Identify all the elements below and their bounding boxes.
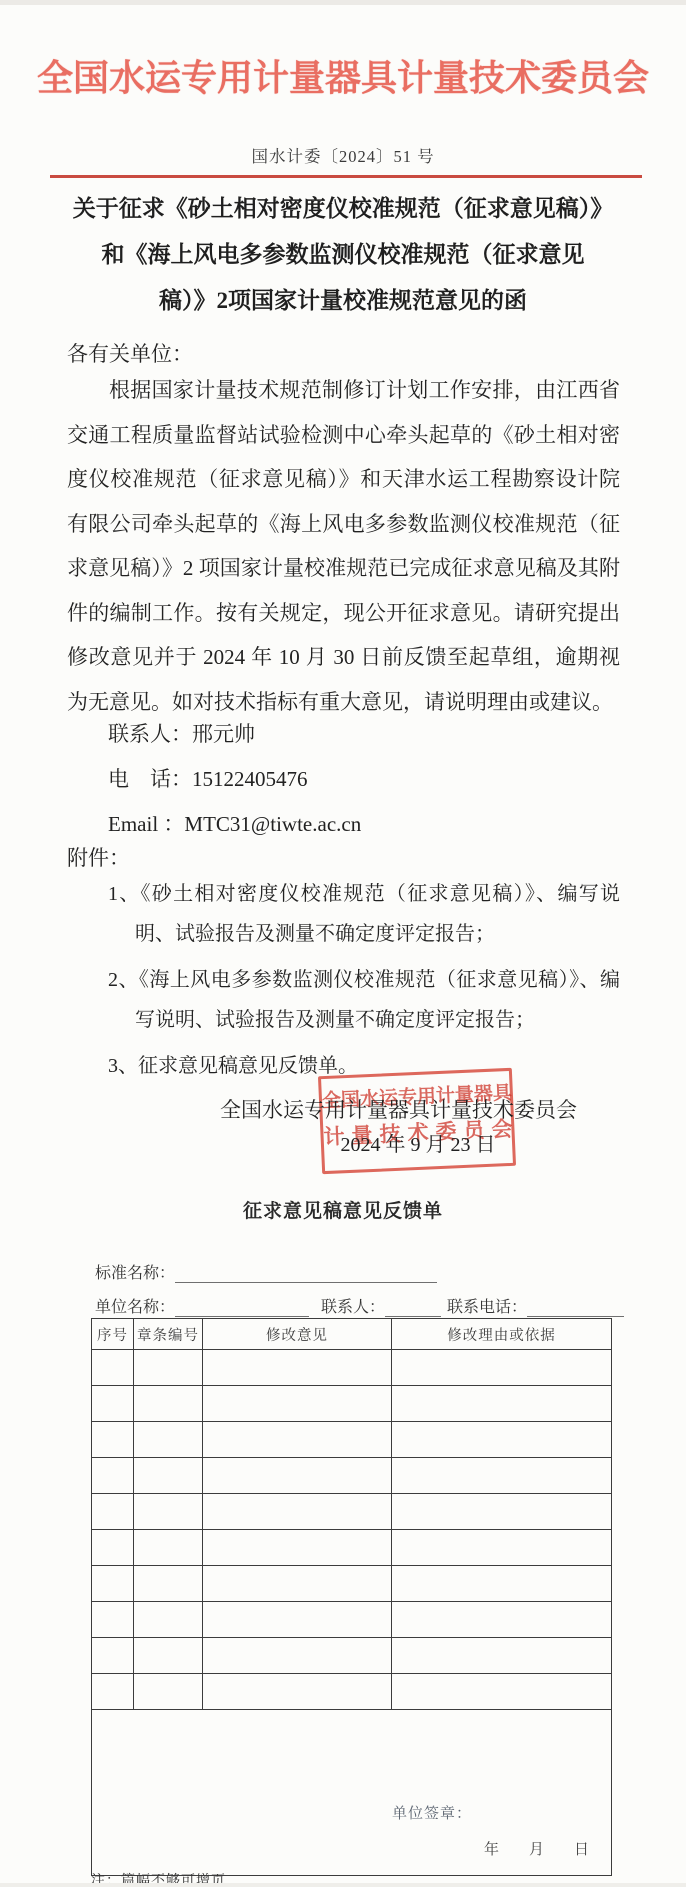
contact-person-row: 联系人：邢元帅 [108,712,361,757]
letter-title-line2: 和《海上风电多参数监测仪校准规范（征求意见 [40,232,646,278]
empty-cell [203,1638,392,1674]
document-number: 国水计委〔2024〕51 号 [0,143,686,167]
empty-cell [92,1638,134,1674]
empty-cell [134,1458,203,1494]
contact-person-label: 联系人： [108,722,192,746]
empty-cell [134,1386,203,1422]
letter-title-line1: 关于征求《砂土相对密度仪校准规范（征求意见稿）》 [40,186,646,232]
empty-cell [392,1422,612,1458]
empty-cell [392,1386,612,1422]
empty-cell [134,1494,203,1530]
contact-email-row: Email ：MTC31@tiwte.ac.cn [108,802,361,847]
empty-cell [92,1422,134,1458]
empty-cell [392,1350,612,1386]
empty-cell [392,1638,612,1674]
empty-cell [134,1602,203,1638]
empty-cell [203,1458,392,1494]
form-phone-blank [527,1300,624,1317]
form-phone-label: 联系电话： [447,1299,527,1316]
standard-name-label: 标准名称： [95,1265,175,1282]
empty-cell [203,1422,392,1458]
unit-name-blank [175,1300,309,1317]
attachment-item-1: 1、《砂土相对密度仪校准规范（征求意见稿）》、编写说明、试验报告及测量不确定度评… [108,874,620,954]
feedback-table: 序号 章条编号 修改意见 修改理由或依据 单位签章： 年 月 日 [91,1318,612,1876]
empty-cell [203,1494,392,1530]
date-blank-ymd: 年 月 日 [484,1838,589,1859]
empty-cell [92,1386,134,1422]
empty-cell [203,1386,392,1422]
contact-phone-value: 15122405476 [192,767,308,791]
unit-seal-label: 单位签章： [392,1802,472,1823]
empty-cell [134,1422,203,1458]
feedback-table-header-row: 序号 章条编号 修改意见 修改理由或依据 [92,1319,612,1350]
empty-cell [392,1566,612,1602]
col-header-reason: 修改理由或依据 [392,1319,612,1350]
scanned-official-letter: 全国水运专用计量器具计量技术委员会 国水计委〔2024〕51 号 关于征求《砂土… [0,0,686,1887]
form-contact-label: 联系人： [321,1299,385,1316]
empty-cell [134,1530,203,1566]
col-header-seq: 序号 [92,1319,134,1350]
form-contact-blank [385,1300,441,1317]
feedback-table-empty-row [92,1674,612,1710]
attachments-label: 附件： [67,842,130,872]
standard-name-blank [175,1266,437,1283]
feedback-table-empty-row [92,1602,612,1638]
contact-person-value: 邢元帅 [192,722,255,746]
contact-email-value: MTC31@tiwte.ac.cn [184,812,361,836]
feedback-table-empty-row [92,1638,612,1674]
signature-org-name: 全国水运专用计量器具计量技术委员会 [220,1094,577,1124]
empty-cell [92,1494,134,1530]
empty-cell [392,1458,612,1494]
empty-cell [92,1602,134,1638]
empty-cell [92,1350,134,1386]
empty-cell [134,1674,203,1710]
signature-date: 2024 年 9 月 23 日 [338,1128,498,1157]
form-note: 注：篇幅不够可增页 [91,1870,226,1887]
feedback-table-empty-row [92,1386,612,1422]
feedback-table-empty-row [92,1458,612,1494]
empty-cell [392,1602,612,1638]
attachments-list: 1、《砂土相对密度仪校准规范（征求意见稿）》、编写说明、试验报告及测量不确定度评… [108,874,620,1092]
empty-cell [92,1566,134,1602]
unit-name-label: 单位名称： [95,1299,175,1316]
empty-cell [203,1602,392,1638]
feedback-form-title: 征求意见稿意见反馈单 [0,1196,686,1223]
feedback-table-empty-row [92,1422,612,1458]
contact-block: 联系人：邢元帅 电 话：15122405476 Email ：MTC31@tiw… [108,712,361,847]
unit-contact-field-row: 单位名称： 联系人： 联系电话： [95,1294,624,1317]
empty-cell [203,1566,392,1602]
feedback-table-empty-row [92,1494,612,1530]
masthead: 全国水运专用计量器具计量技术委员会 [0,50,686,101]
empty-cell [134,1566,203,1602]
feedback-table-empty-row [92,1566,612,1602]
empty-cell [92,1674,134,1710]
empty-cell [134,1638,203,1674]
contact-phone-row: 电 话：15122405476 [108,757,361,802]
empty-cell [392,1530,612,1566]
attachment-item-2: 2、《海上风电多参数监测仪校准规范（征求意见稿）》、编写说明、试验报告及测量不确… [108,960,620,1040]
empty-cell [203,1674,392,1710]
letter-title-line3: 稿）》2项国家计量校准规范意见的函 [40,278,646,324]
empty-cell [134,1350,203,1386]
feedback-table-empty-row [92,1350,612,1386]
feedback-table-footer-row: 单位签章： 年 月 日 [92,1710,612,1876]
col-header-suggestion: 修改意见 [203,1319,392,1350]
empty-cell [203,1530,392,1566]
empty-cell [392,1674,612,1710]
contact-phone-label: 电 话： [108,767,192,791]
letter-title: 关于征求《砂土相对密度仪校准规范（征求意见稿）》 和《海上风电多参数监测仪校准规… [40,186,646,324]
seal-and-date-cell: 单位签章： 年 月 日 [92,1710,612,1876]
empty-cell [92,1458,134,1494]
letter-body-paragraph: 根据国家计量技术规范制修订计划工作安排，由江西省交通工程质量监督站试验检测中心牵… [67,368,620,724]
issuing-org-title: 全国水运专用计量器具计量技术委员会 [0,50,686,101]
empty-cell [92,1530,134,1566]
standard-name-field-row: 标准名称： [95,1260,437,1283]
feedback-table-empty-row [92,1530,612,1566]
contact-email-label: Email ： [108,812,184,836]
empty-cell [392,1494,612,1530]
empty-cell [203,1350,392,1386]
col-header-clause: 章条编号 [134,1319,203,1350]
red-divider-rule [50,175,642,178]
